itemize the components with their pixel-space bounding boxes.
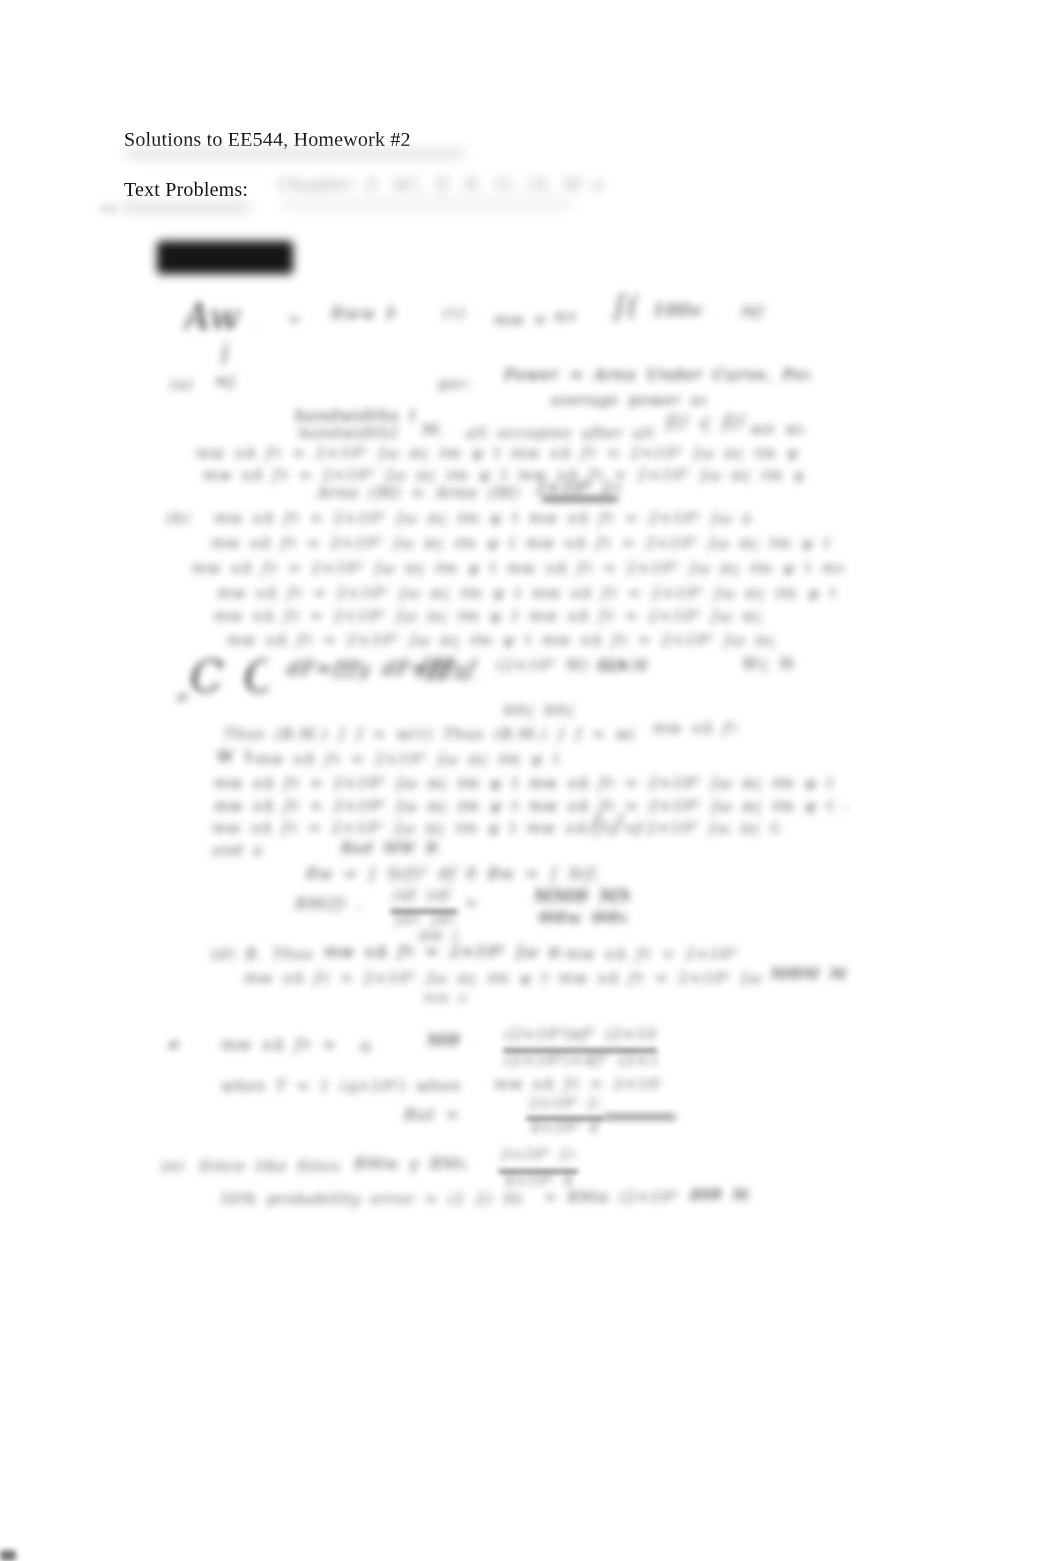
fraction-bar [526,1117,604,1120]
ink-stroke: mw νΔ ƒτ ≈ 2×10⁶ ∫ω πς ℓm ψ t mw νΔ ƒτ ≈… [324,944,562,965]
ink-stroke: 100ν 100ν [653,302,715,325]
ink-stroke: mw νΔ ƒτ ≈ 2×10⁶ ∫ω πς ℓm ψ t mw νΔ ƒτ ≈… [212,821,780,841]
fraction-bar [390,910,458,913]
ink-stroke: all occupies after all occupies after [466,426,664,446]
ink-stroke: bandwidth2 bandwidth2 [299,426,409,446]
ink-stroke: Bw ≈ ∫ S(f)² df δ Bw ≈ ∫ S(f)² df δ Bw ≈… [306,866,598,887]
ink-stroke: mw νΔ ƒτ ≈ 2×10⁶ ∫ω πς ℓm ψ t [566,947,744,967]
print-smudge [282,200,572,208]
ink-stroke: mw νΔ ƒτ ≈ 2×10⁶ ∫ω πς ℓm ψ t mw νΔ ƒτ ≈… [211,536,841,556]
ink-stroke: mw νΔ ƒτ ≈ 2×10⁶ ∫ω πς ℓm ψ t mw νΔ ƒτ ≈… [227,633,775,653]
ink-stroke: Thus (B.M.) ∫ f ≈ w(τ) Thus (B.M.) ∫ f ≈… [224,727,636,747]
ink-stroke: mw νΔ ƒτ ≈ 2×10⁶ ∫ω πς ℓm ψ t [653,721,735,741]
ink-stroke: mw νΔ ƒτ ≈ 2×10⁶ ∫ω πς ℓm ψ t mw νΔ ƒτ ≈… [217,586,845,606]
ink-stroke: ∫( ∫( [612,292,648,344]
ink-stroke: 4×10⁶ 4×10⁶ 4×10⁶ 4×10⁶ [531,1121,599,1139]
ink-stroke: Power ≈ Area Under Curve, Power ≈ Area U… [504,367,809,388]
ink-stroke: (a) (a) [170,377,197,397]
print-smudge [122,203,250,212]
ink-stroke: and and and and [212,843,264,863]
ink-stroke: BW BW BW BW [419,931,457,948]
ink-stroke: mw νΔ ƒτ ≈ 2×10⁶ ∫ω πς ℓm ψ t mw νΔ ƒτ ≈… [214,511,750,531]
ink-stroke: ΘΘw ΘΘw ΘΘw ΘΘw [539,910,627,931]
ink-stroke: (2×10⁶ M) (2×10⁶ M) (2×10⁶ M) (2×10⁶ M) [497,658,645,678]
ink-stroke: 50% probability error ≈ (1 2) 50% probab… [221,1192,521,1212]
ink-stroke: MMΘ MMΘ MMΘ MMΘ [534,888,630,912]
ink-stroke: Rww Rww Rww Rww [331,306,395,328]
ink-stroke: MΘM MΘM MΘM MΘM [771,966,845,987]
ink-stroke: Mf Mf Mf Mf [741,305,773,325]
ink-stroke: mw νΔ ƒτ ≈ 2×10⁶ ∫ω πς ℓm ψ t mw νΔ ƒτ ≈… [203,468,803,488]
ink-stroke: b0ς b0ς b0ς b0ς [504,703,576,723]
ink-stroke: W W W W [217,749,251,770]
ink-stroke: 2×10⁶ 2×10⁶ 2×10⁶ 2×10⁶ [536,480,620,501]
ink-stroke: mw mw mw mw [494,312,544,333]
ink-stroke: Wς Wς Wς Wς [742,656,794,677]
ink-stroke: mw νΔ ƒτ ≈ 2×10⁶ ∫ω πς ℓm ψ t mw νΔ ƒτ ≈… [214,776,836,796]
ink-stroke: C C C C [190,656,268,736]
ink-stroke: wσ wσ wσ wσ [750,422,804,442]
ink-stroke: j j [221,340,235,376]
ink-stroke: ≤ ≤ ≤ ≤ [359,1039,384,1059]
ink-stroke: / / / / [590,812,642,866]
dash-bar [604,1115,676,1119]
ink-stroke: 2×10⁶ 2×10⁶ 2×10⁶ 2×10⁶ [529,1097,601,1115]
ink-stroke: ≈ ≈ ≈ ≈ [465,896,485,916]
ink-stroke: BM(f) BM(f) [295,896,359,917]
ink-stroke: per: per: [438,377,472,397]
ink-stroke: 0ςb 0ςb 0ςb 0ςb [598,658,646,678]
print-smudge [100,205,118,212]
ink-stroke: bandwidths bandwidths [295,408,415,429]
ink-stroke: 2×10⁶ 2×10⁶ 2×10⁶ 2×10⁶ [501,1148,575,1166]
fraction-bar [503,1049,657,1052]
ink-stroke: when T ≈ 1 (q×10⁶) when T ≈ 1 (q×10⁶) wh… [221,1079,463,1099]
ink-stroke: Aw Aw [184,300,256,362]
ink-stroke: MΘ MΘ MΘ MΘ [691,1187,747,1208]
ink-stroke: f// ς f// ς f// ς f// ς [666,413,754,453]
ink-stroke: (d) B. Thus (d) B. Thus [211,947,323,967]
ink-stroke: (2×10⁶)+4f² (2×10⁶)+4f² (2×10⁶)+4f² (2×1… [505,1053,655,1073]
blurred-problems-text: Ckapter 2: 4C, Z, 9, 1l, l3, l6 ard 2l C… [278,177,603,199]
ink-stroke: ≈ BMw (2×10⁶ ≈ BMw (2×10⁶ [544,1190,694,1210]
ink-stroke: But ≈ But ≈ [404,1107,470,1128]
ink-stroke: dF≈fffy dF≈fffy dF≈fffy dF≈fffy [287,658,475,692]
ink-stroke: 4×10⁶ 4×10⁶ 4×10⁶ 4×10⁶ [505,1174,575,1192]
ink-stroke: Bad MW Bad MW Bad MW Bad MW [341,841,439,861]
ink-stroke: BMw γ BMw γ BMw γ BMw γ [354,1156,466,1177]
ink-stroke: ≠ ≠ ≠ ≠ [167,1037,189,1058]
ink-stroke: mw νΔ ƒτ ≈ 2×10⁶ ∫ω πς ℓm ψ t mw νΔ ƒτ ≈… [196,446,808,466]
ink-stroke: (2×10⁶)πf² (2×10⁶)πf² (2×10⁶)πf² (2×10⁶)… [505,1027,655,1047]
ink-stroke: mw νΔ ƒτ ≈ 2×10⁶ ∫ω πς ℓm ψ t mw νΔ ƒτ ≈… [192,561,844,581]
handwriting-layer: Ckapter 2: 4C, Z, 9, 1l, l3, l6 ard 2l C… [0,0,1062,1561]
ink-stroke: mw νΔ ƒτ ≈ 2×10⁶ ∫ω πς ℓm ψ t [424,992,466,1009]
ink-stroke: ∫df ∫df ∫df ∫df [392,889,456,907]
ink-stroke: mw νΔ ƒτ ≈ 2×10⁶ ∫ω πς ℓm ψ t mw νΔ ƒτ ≈… [214,799,846,819]
ink-stroke: M. M. M. M. [422,422,456,443]
ink-stroke: mw νΔ ƒτ ≈ 2×10⁶ ∫ω πς ℓm ψ t mw νΔ ƒτ ≈… [244,971,768,991]
print-smudge [126,149,464,158]
ink-stroke: average power average power [551,393,706,413]
ink-stroke: (τ) (τ) [443,306,477,326]
ink-stroke: (e) (e) [161,1159,189,1179]
ink-stroke: mw νΔ ƒτ ≈ 2×10⁶ ∫ω πς ℓm ψ t mw νΔ ƒτ ≈… [214,609,762,629]
ink-stroke: Area (M) ≈ Area (M) ≈ Area (M) ≈ Area (M… [317,485,532,506]
ink-stroke: mw νΔ ƒτ ≈ 2×10⁶ ∫ω πς ℓm ψ t [221,1037,335,1058]
ink-stroke: ≈ ≈ ≈ ≈ [288,312,312,332]
ink-stroke: ∫dτ ∫dτ ∫dτ ∫dτ [394,913,454,931]
ink-stroke: /// /// [418,654,476,740]
ink-stroke: mw νΔ ƒτ ≈ 2×10⁶ ∫ω πς ℓm ψ t [494,1077,660,1097]
fraction-bar [498,1170,578,1173]
ink-stroke: ≤s ≤s [553,308,581,329]
document-page: Solutions to EE544, Homework #2 Text Pro… [0,0,1062,1561]
ink-stroke: mw νΔ ƒτ ≈ 2×10⁶ ∫ω πς ℓm ψ t mw νΔ ƒτ ≈… [255,752,560,772]
corner-smudge [0,1550,16,1561]
ink-stroke: (b) (b) [166,511,196,531]
underline-bar [542,497,618,501]
ink-stroke: Since like Since like Since like Since l… [199,1159,339,1179]
ink-stroke: ≠ ≠ ≠ ≠ [176,690,196,710]
redacted-label-box [157,241,293,274]
ink-stroke: wj wj [215,373,239,394]
ink-stroke: MΘ MΘ MΘ MΘ [427,1033,471,1055]
